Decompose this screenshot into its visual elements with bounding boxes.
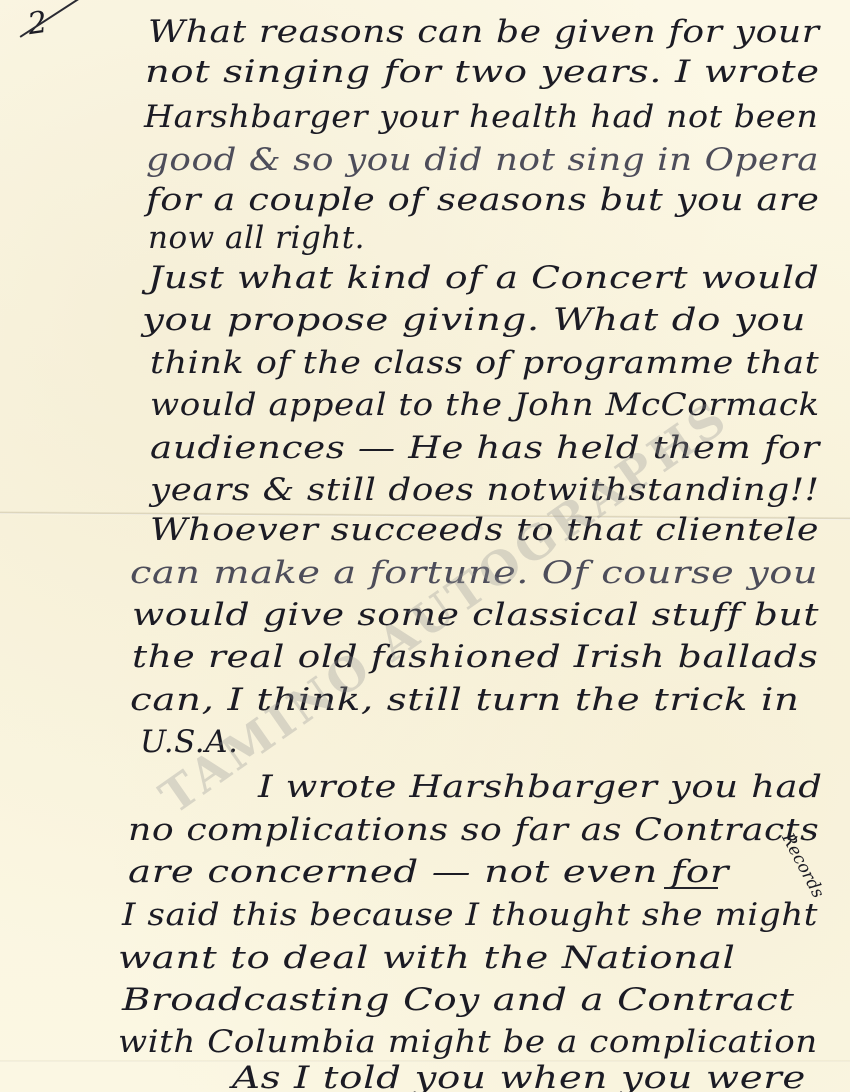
letter-line: As I told you when you were <box>232 1058 806 1092</box>
letter-line: with Columbia might be a complication <box>118 1022 818 1062</box>
letter-line: can, I think, still turn the trick in <box>130 680 800 720</box>
underline-for <box>664 887 718 889</box>
letter-line: not singing for two years. I wrote <box>145 52 820 92</box>
letter-line: no complications so far as Contracts <box>128 810 819 850</box>
letter-line: Just what kind of a Concert would <box>148 258 819 298</box>
letter-line: Harshbarger your health had not been <box>144 97 818 137</box>
letter-line: you propose giving. What do you <box>142 300 806 340</box>
letter-line: want to deal with the National <box>118 938 736 978</box>
letter-line: What reasons can be given for your <box>148 12 820 52</box>
letter-line: Broadcasting Coy and a Contract <box>122 980 795 1020</box>
letter-line: would give some classical stuff but <box>132 595 819 635</box>
letter-line: are concerned — not even for <box>128 852 729 892</box>
letter-line: years & still does notwithstanding!! <box>150 470 820 510</box>
letter-line: would appeal to the John McCormack <box>150 385 820 425</box>
letter-line: the real old fashioned Irish ballads <box>132 637 818 677</box>
letter-line: Whoever succeeds to that clientele <box>150 510 819 550</box>
letter-line: for a couple of seasons but you are <box>146 180 819 220</box>
letter-line: good & so you did not sing in Opera <box>146 140 819 180</box>
letter-body: What reasons can be given for your not s… <box>0 0 850 1092</box>
letter-line: I wrote Harshbarger you had <box>258 767 823 807</box>
letter-line: audiences — He has held them for <box>150 428 820 468</box>
letter-line: think of the class of programme that <box>150 343 819 383</box>
letter-line: now all right. <box>148 218 365 258</box>
letter-line: U.S.A. <box>140 722 238 762</box>
letter-line: I said this because I thought she might <box>122 895 818 935</box>
letter-line: can make a fortune. Of course you <box>130 553 818 593</box>
